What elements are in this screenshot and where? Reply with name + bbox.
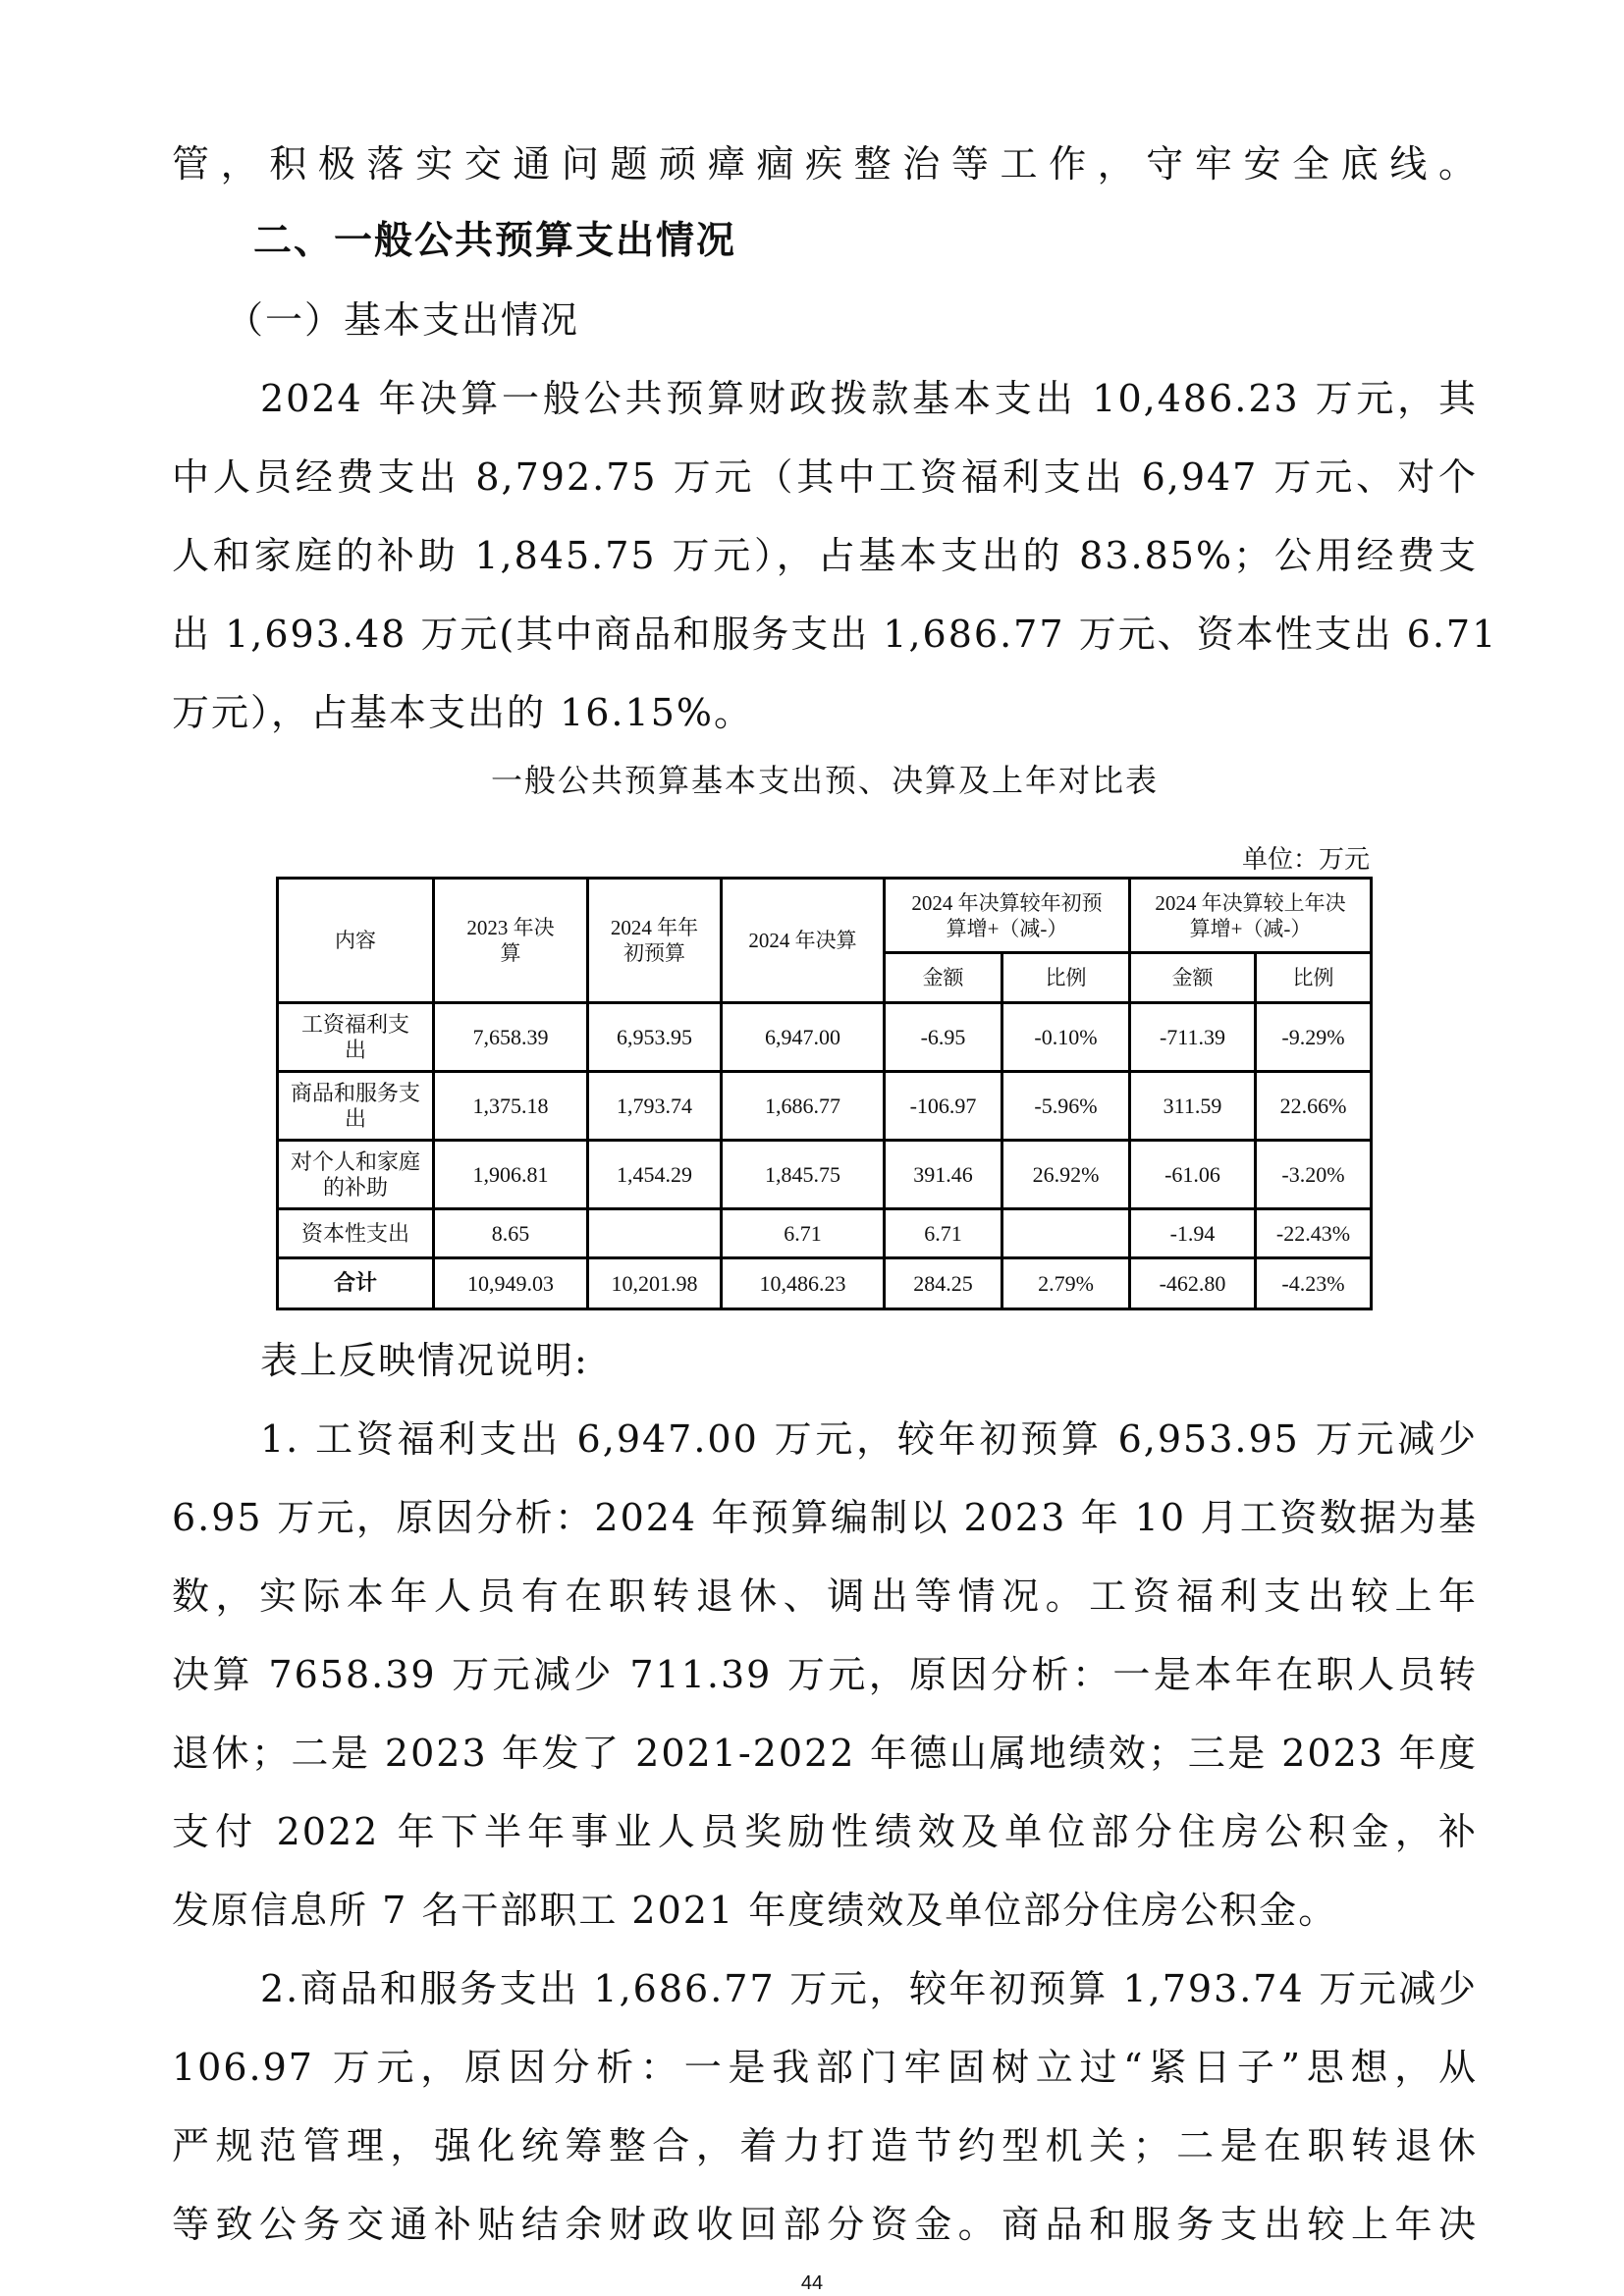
paragraph-line: 严规范管理，强化统筹整合，着力打造节约型机关；二是在职转退休 — [172, 2122, 1478, 2169]
row-label: 对个人和家庭的补助 — [278, 1141, 434, 1209]
row-label: 合计 — [278, 1258, 434, 1309]
paragraph-line: 6.95 万元，原因分析：2024 年预算编制以 2023 年 10 月工资数据… — [172, 1494, 1478, 1541]
paragraph-line: 中人员经费支出 8,792.75 万元（其中工资福利支出 6,947 万元、对个 — [172, 454, 1478, 501]
cell-vs-budget-amount: -106.97 — [885, 1072, 1002, 1141]
header-final-2023: 2023 年决算 — [434, 879, 588, 1003]
cell-vs-prev-ratio: -9.29% — [1256, 1003, 1372, 1072]
paragraph-line: 等致公务交通补贴结余财政收回部分资金。商品和服务支出较上年决 — [172, 2201, 1478, 2248]
paragraph-line: 1. 工资福利支出 6,947.00 万元，较年初预算 6,953.95 万元减… — [260, 1415, 1478, 1463]
budget-comparison-table: 内容 2023 年决算 2024 年年初预算 2024 年决算 2024 年决算… — [276, 877, 1373, 1310]
cell-final-2024: 1,845.75 — [722, 1141, 885, 1209]
cell-final-2023: 7,658.39 — [434, 1003, 588, 1072]
cell-final-2024: 6,947.00 — [722, 1003, 885, 1072]
cell-final-2024: 1,686.77 — [722, 1072, 885, 1141]
explanation-heading: 表上反映情况说明: — [260, 1337, 1478, 1384]
cell-budget-2024: 1,793.74 — [588, 1072, 722, 1141]
cell-final-2023: 8.65 — [434, 1209, 588, 1258]
paragraph-line: 退休；二是 2023 年发了 2021-2022 年德山属地绩效；三是 2023… — [172, 1730, 1478, 1777]
cell-vs-budget-ratio: 2.79% — [1002, 1258, 1130, 1309]
cell-vs-prev-ratio: 22.66% — [1256, 1072, 1372, 1141]
cell-final-2023: 1,906.81 — [434, 1141, 588, 1209]
table-row: 工资福利支出 7,658.39 6,953.95 6,947.00 -6.95 … — [278, 1003, 1372, 1072]
header-vs-budget-amount: 金额 — [885, 953, 1002, 1003]
table-row-total: 合计 10,949.03 10,201.98 10,486.23 284.25 … — [278, 1258, 1372, 1309]
paragraph-line: 发原信息所 7 名干部职工 2021 年度绩效及单位部分住房公积金。 — [172, 1887, 1478, 1934]
cell-final-2023: 1,375.18 — [434, 1072, 588, 1141]
table-row: 对个人和家庭的补助 1,906.81 1,454.29 1,845.75 391… — [278, 1141, 1372, 1209]
header-content: 内容 — [278, 879, 434, 1003]
cell-budget-2024 — [588, 1209, 722, 1258]
table-unit: 单位：万元 — [1129, 839, 1370, 876]
paragraph-line: 管，积极落实交通问题顽瘴痼疾整治等工作，守牢安全底线。 — [172, 140, 1478, 187]
paragraph-line: 出 1,693.48 万元(其中商品和服务支出 1,686.77 万元、资本性支… — [172, 611, 1478, 658]
cell-final-2024: 6.71 — [722, 1209, 885, 1258]
header-vs-budget-ratio: 比例 — [1002, 953, 1130, 1003]
cell-vs-budget-amount: 6.71 — [885, 1209, 1002, 1258]
header-vs-prev-amount: 金额 — [1130, 953, 1256, 1003]
row-label: 资本性支出 — [278, 1209, 434, 1258]
header-vs-budget: 2024 年决算较年初预算增+（减-） — [885, 879, 1130, 953]
cell-vs-budget-amount: 284.25 — [885, 1258, 1002, 1309]
paragraph-line: 数，实际本年人员有在职转退休、调出等情况。工资福利支出较上年 — [172, 1573, 1478, 1620]
header-vs-prev: 2024 年决算较上年决算增+（减-） — [1130, 879, 1372, 953]
header-vs-prev-ratio: 比例 — [1256, 953, 1372, 1003]
subsection-heading: （一）基本支出情况 — [226, 296, 1443, 344]
cell-vs-prev-amount: -462.80 — [1130, 1258, 1256, 1309]
paragraph-line: 2024 年决算一般公共预算财政拨款基本支出 10,486.23 万元，其 — [260, 375, 1478, 422]
table-row: 资本性支出 8.65 6.71 6.71 -1.94 -22.43% — [278, 1209, 1372, 1258]
document-page: 管，积极落实交通问题顽瘴痼疾整治等工作，守牢安全底线。 二、一般公共预算支出情况… — [0, 0, 1624, 2296]
cell-budget-2024: 6,953.95 — [588, 1003, 722, 1072]
table-caption: 一般公共预算基本支出预、决算及上年对比表 — [275, 756, 1375, 801]
cell-budget-2024: 1,454.29 — [588, 1141, 722, 1209]
row-label: 工资福利支出 — [278, 1003, 434, 1072]
cell-final-2024: 10,486.23 — [722, 1258, 885, 1309]
cell-vs-budget-ratio: -5.96% — [1002, 1072, 1130, 1141]
paragraph-line: 万元），占基本支出的 16.15%。 — [172, 689, 1478, 736]
row-label: 商品和服务支出 — [278, 1072, 434, 1141]
page-number: 44 — [0, 2272, 1624, 2295]
paragraph-line: 支付 2022 年下半年事业人员奖励性绩效及单位部分住房公积金，补 — [172, 1808, 1478, 1855]
cell-vs-budget-amount: -6.95 — [885, 1003, 1002, 1072]
header-final-2024: 2024 年决算 — [722, 879, 885, 1003]
paragraph-line: 2.商品和服务支出 1,686.77 万元，较年初预算 1,793.74 万元减… — [260, 1965, 1478, 2012]
section-heading: 二、一般公共预算支出情况 — [253, 218, 1471, 265]
cell-vs-prev-amount: 311.59 — [1130, 1072, 1256, 1141]
cell-vs-prev-amount: -61.06 — [1130, 1141, 1256, 1209]
cell-vs-prev-amount: -711.39 — [1130, 1003, 1256, 1072]
paragraph-line: 106.97 万元，原因分析：一是我部门牢固树立过“紧日子”思想，从 — [172, 2044, 1478, 2091]
cell-vs-prev-ratio: -4.23% — [1256, 1258, 1372, 1309]
cell-vs-budget-ratio: -0.10% — [1002, 1003, 1130, 1072]
cell-budget-2024: 10,201.98 — [588, 1258, 722, 1309]
cell-vs-prev-amount: -1.94 — [1130, 1209, 1256, 1258]
header-budget-2024: 2024 年年初预算 — [588, 879, 722, 1003]
cell-vs-budget-ratio — [1002, 1209, 1130, 1258]
cell-vs-budget-ratio: 26.92% — [1002, 1141, 1130, 1209]
cell-vs-budget-amount: 391.46 — [885, 1141, 1002, 1209]
table-row: 商品和服务支出 1,375.18 1,793.74 1,686.77 -106.… — [278, 1072, 1372, 1141]
cell-vs-prev-ratio: -22.43% — [1256, 1209, 1372, 1258]
cell-vs-prev-ratio: -3.20% — [1256, 1141, 1372, 1209]
cell-final-2023: 10,949.03 — [434, 1258, 588, 1309]
paragraph-line: 决算 7658.39 万元减少 711.39 万元，原因分析：一是本年在职人员转 — [172, 1651, 1478, 1698]
paragraph-line: 人和家庭的补助 1,845.75 万元），占基本支出的 83.85%；公用经费支 — [172, 532, 1478, 579]
